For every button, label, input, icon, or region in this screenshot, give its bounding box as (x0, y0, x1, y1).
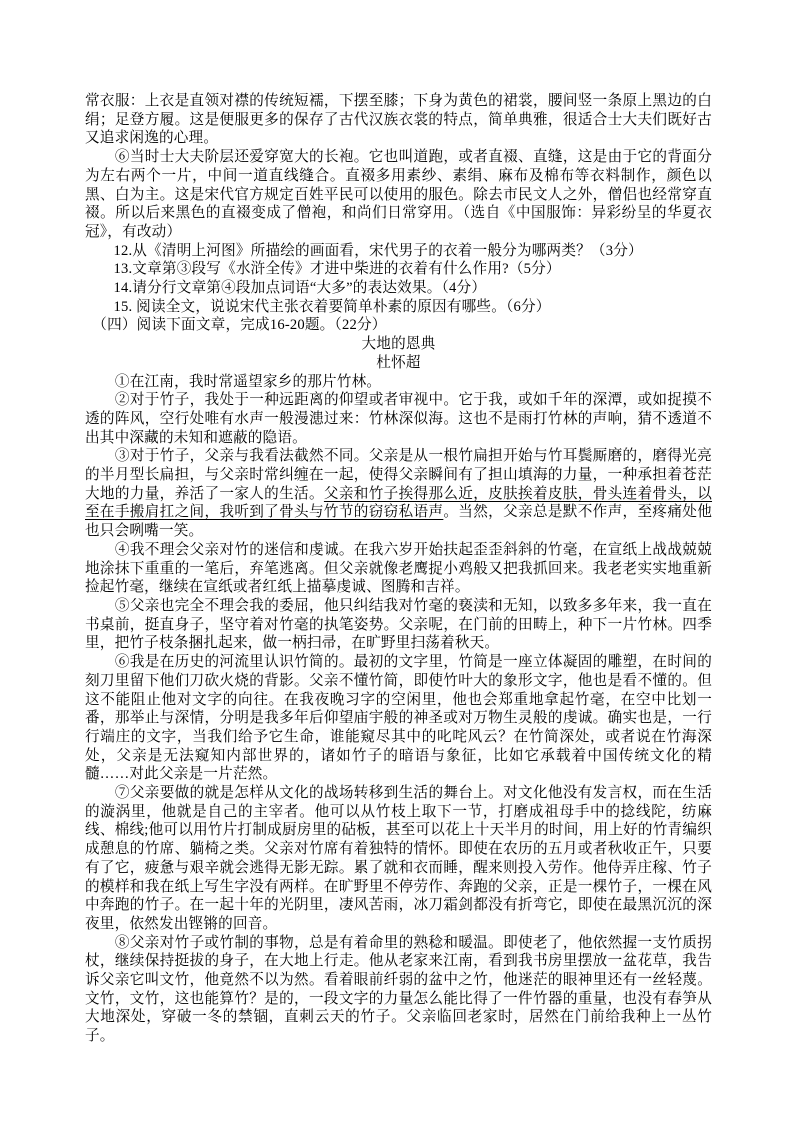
essay-body: ①在江南，我时常遥望家乡的那片竹林。②对于竹子，我处于一种远距离的仰望或者审视中… (85, 373, 712, 1046)
essay-author: 杜怀超 (85, 354, 712, 373)
essay-paragraph: ⑤父亲也完全不理会我的委屈，他只纠结我对竹毫的亵渎和无知，以致多多年来，我一直在… (85, 597, 712, 653)
question-item: 14.请分行文章第④段加点词语“大多”的表达效果。（4分） (85, 279, 712, 298)
exam-page-content: 常衣服：上衣是直领对襟的传统短襦，下摆至膝；下身为黄色的裙裳，腰间竖一条原上黑边… (85, 92, 712, 1046)
question-item: 12.从《清明上河图》所描绘的画面看，宋代男子的衣着一般分为哪两类？（3分） (85, 242, 712, 261)
text-segment: ⑦父亲要做的就是怎样从文化的战场转移到生活的舞台上。对文化他没有发言权，而在生活… (85, 785, 712, 932)
text-segment: ⑧父亲对竹子或竹制的事物，总是有着命里的熟稔和暖温。即使老了，他依然握一支竹质拐… (85, 935, 712, 1045)
text-segment: ⑥当时士大夫阶层还爱穿宽大的长袍。它也叫道跑，或者直裰、直缝，这是由于它的背面分… (85, 149, 712, 240)
text-segment: ①在江南，我时常遥望家乡的那片竹林。 (115, 374, 381, 390)
essay-paragraph: ②对于竹子，我处于一种远距离的仰望或者审视中。它于我，或如千年的深潭，或如捉摸不… (85, 391, 712, 447)
text-segment: ②对于竹子，我处于一种远距离的仰望或者审视中。它于我，或如千年的深潭，或如捉摸不… (85, 392, 712, 445)
section-4-header: （四）阅读下面文章，完成16-20题。（22分） (85, 316, 712, 335)
essay-paragraph: ①在江南，我时常遥望家乡的那片竹林。 (85, 373, 712, 392)
text-segment: ⑥我是在历史的河流里认识竹简的。最初的文字里，竹简是一座立体凝固的雕塑，在时间的… (85, 654, 712, 782)
exam-page: 常衣服：上衣是直领对襟的传统短襦，下摆至膝；下身为黄色的裙裳，腰间竖一条原上黑边… (0, 0, 794, 1123)
text-segment: ④我不理会父亲对竹的迷信和虔诚。在我六岁开始扶起歪歪斜斜的竹毫，在宣纸上战战兢兢… (85, 542, 712, 595)
passage-3-tail: 常衣服：上衣是直领对襟的传统短襦，下摆至膝；下身为黄色的裙裳，腰间竖一条原上黑边… (85, 92, 712, 242)
question-item: 15. 阅读全文，说说宋代主张衣着要简单朴素的原因有哪些。（6分） (85, 298, 712, 317)
question-item: 13.文章第③段写《水浒全传》才进中柴进的衣着有什么作用?（5分） (85, 260, 712, 279)
essay-paragraph: ④我不理会父亲对竹的迷信和虔诚。在我六岁开始扶起歪歪斜斜的竹毫，在宣纸上战战兢兢… (85, 541, 712, 597)
question-list: 12.从《清明上河图》所描绘的画面看，宋代男子的衣着一般分为哪两类？（3分）13… (85, 242, 712, 317)
passage-paragraph: 常衣服：上衣是直领对襟的传统短襦，下摆至膝；下身为黄色的裙裳，腰间竖一条原上黑边… (85, 92, 712, 148)
text-segment: ⑤父亲也完全不理会我的委屈，他只纠结我对竹毫的亵渎和无知，以致多多年来，我一直在… (85, 598, 712, 651)
passage-paragraph: ⑥当时士大夫阶层还爱穿宽大的长袍。它也叫道跑，或者直裰、直缝，这是由于它的背面分… (85, 148, 712, 242)
essay-paragraph: ⑧父亲对竹子或竹制的事物，总是有着命里的熟稔和暖温。即使老了，他依然握一支竹质拐… (85, 934, 712, 1046)
essay-title: 大地的恩典 (85, 335, 712, 354)
essay-paragraph: ③对于竹子，父亲与我看法截然不同。父亲是从一根竹扁担开始与竹耳鬓厮磨的，磨得光亮… (85, 447, 712, 541)
essay-paragraph: ⑦父亲要做的就是怎样从文化的战场转移到生活的舞台上。对文化他没有发言权，而在生活… (85, 784, 712, 934)
text-segment: 常衣服：上衣是直领对襟的传统短襦，下摆至膝；下身为黄色的裙裳，腰间竖一条原上黑边… (85, 93, 712, 146)
essay-paragraph: ⑥我是在历史的河流里认识竹简的。最初的文字里，竹简是一座立体凝固的雕塑，在时间的… (85, 653, 712, 784)
